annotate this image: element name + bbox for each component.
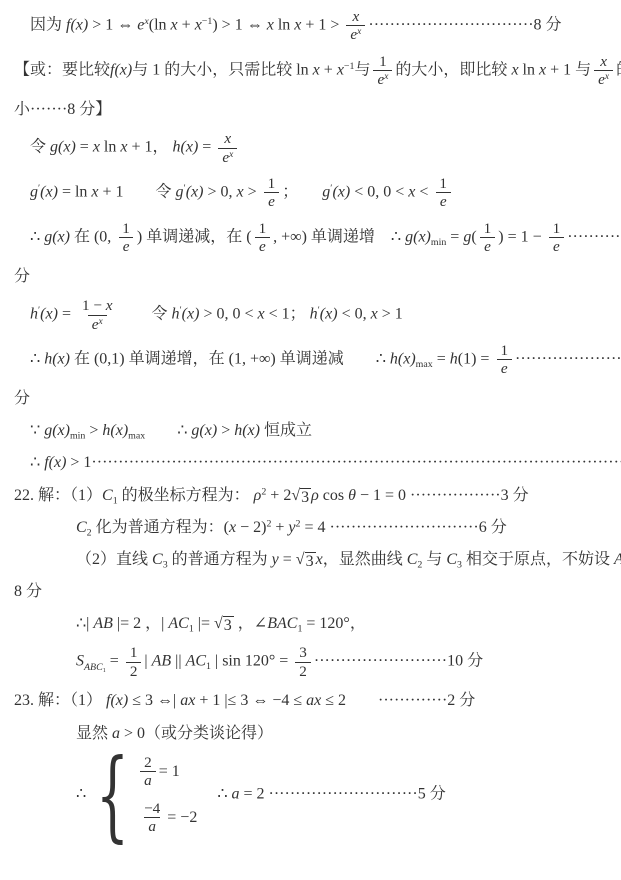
- sqrt-expression: √3: [214, 616, 234, 635]
- text-run: =: [446, 229, 463, 246]
- text-run: > 1: [66, 454, 91, 471]
- text-run: 因为: [30, 17, 66, 34]
- math-fraction: 1e: [255, 220, 271, 256]
- text-run: + 1，: [127, 139, 172, 156]
- subscript: max: [416, 359, 433, 370]
- text-run: =: [198, 139, 215, 156]
- text-run: max: [416, 359, 433, 370]
- math-run: ax: [306, 692, 321, 709]
- superscript: −1: [202, 16, 213, 27]
- math-run: AC: [168, 615, 188, 632]
- text-run: + 2: [266, 487, 291, 504]
- document-line: ∴ {2a = 1−4a = −2 ∴ a = 2 ··············…: [76, 754, 615, 836]
- math-run: x: [267, 17, 274, 34]
- text-run: ∴: [145, 422, 191, 439]
- text-run: <: [415, 184, 432, 201]
- math-run: x: [229, 149, 233, 159]
- radical-sign-icon: √: [291, 488, 300, 507]
- text-run: 1: [379, 53, 387, 70]
- document-line: ∴ g(x) 在 (0, 1e) 单调递减，在 (1e, +∞) 单调递增 ∴ …: [30, 220, 615, 256]
- text-run: +: [271, 519, 288, 536]
- math-run: AB: [93, 615, 113, 632]
- document-line: ∴ h(x) 在 (0,1) 单调递增，在 (1, +∞) 单调递减 ∴ h(x…: [30, 342, 615, 378]
- text-run: > 1 ⇔: [88, 17, 137, 34]
- equation-system: {2a = 1−4a = −2: [94, 754, 197, 836]
- text-run: =: [106, 653, 123, 670]
- document-line: 【或：要比较f(x)与 1 的大小，只需比较 ln x + x−1与1ex的大小…: [14, 53, 615, 89]
- text-run: 的大小，即比较: [395, 62, 511, 79]
- text-run: | sin 120° =: [211, 653, 292, 670]
- fraction-numerator: 1: [435, 175, 451, 192]
- text-run: ∴: [76, 785, 90, 802]
- document-line: 小·······8 分】: [14, 98, 615, 121]
- text-run: +: [178, 17, 195, 34]
- math-run: g: [30, 184, 38, 201]
- math-run: (x): [186, 184, 204, 201]
- radicand: 3: [223, 616, 234, 635]
- math-run: e: [553, 238, 560, 255]
- math-run: x: [91, 184, 98, 201]
- text-run: = 4 ····························6 分: [300, 519, 506, 536]
- text-run: 化为普通方程为：(: [92, 519, 229, 536]
- fraction-numerator: x: [220, 130, 235, 147]
- text-run: 相交于原点，不妨设: [462, 551, 614, 568]
- fraction-numerator: 1: [496, 342, 512, 359]
- math-run: AC: [186, 653, 206, 670]
- text-run: ln: [100, 139, 120, 156]
- text-run: ·························10 分: [314, 653, 483, 670]
- math-run: ax: [180, 692, 195, 709]
- text-run: min: [70, 431, 85, 442]
- text-run: >: [244, 184, 261, 201]
- fraction-numerator: 2: [140, 754, 156, 771]
- superscript: x: [229, 149, 233, 159]
- math-run: x: [353, 8, 360, 25]
- text-run: ，∠: [234, 615, 267, 632]
- math-run: g: [176, 184, 184, 201]
- fraction-numerator: 1: [480, 220, 496, 237]
- text-run: − 2): [236, 519, 266, 536]
- math-run: h(x): [102, 422, 128, 439]
- math-run: C: [152, 551, 163, 568]
- fraction-numerator: 1: [375, 53, 391, 70]
- document-line: g′(x) = ln x + 1 令 g′(x) > 0, x > 1e； g′…: [30, 175, 615, 211]
- text-run: |: [144, 653, 151, 670]
- math-run: h(x): [173, 139, 199, 156]
- radicand: 3: [305, 552, 316, 571]
- text-run: ∴|: [76, 615, 93, 632]
- math-run: (x): [320, 306, 338, 323]
- math-fraction: 1e: [435, 175, 451, 211]
- system-row: 2a = 1: [137, 754, 197, 790]
- math-run: e: [440, 193, 447, 210]
- document-page: 因为 f(x) > 1 ⇔ ex(ln x + x−1) > 1 ⇔ x ln …: [0, 0, 621, 880]
- math-run: x: [171, 17, 178, 34]
- math-run: x: [384, 72, 388, 82]
- text-run: 1: [500, 342, 508, 359]
- fraction-numerator: x: [596, 53, 611, 70]
- fraction-numerator: 1: [549, 220, 565, 237]
- math-run: e: [268, 193, 275, 210]
- text-run: 在 (0,: [70, 229, 115, 246]
- document-line: （2）直线 C3 的普通方程为 y = √3x，显然曲线 C2 与 C3 相交于…: [76, 548, 615, 571]
- math-run: x: [337, 62, 344, 79]
- text-run: 令: [30, 139, 50, 156]
- text-run: ≤ 2 ·············2 分: [321, 692, 475, 709]
- document-line: 分: [14, 387, 615, 410]
- fraction-denominator: e: [255, 237, 270, 255]
- document-line: ∴ f(x) > 1······························…: [30, 451, 615, 474]
- math-run: x: [237, 184, 244, 201]
- fraction-numerator: 1: [264, 175, 280, 192]
- text-run: 令: [119, 306, 171, 323]
- text-run: −1: [344, 61, 355, 72]
- document-line: 22. 解：（1）C1 的极坐标方程为： ρ2 + 2√3ρ cos θ − 1…: [14, 484, 615, 507]
- math-run: e: [92, 316, 99, 333]
- document-line: 23. 解：（1） f(x) ≤ 3 ⇔| ax + 1 |≤ 3 ⇔ −4 ≤…: [14, 689, 615, 712]
- fraction-numerator: 1: [126, 644, 142, 661]
- math-run: AB: [152, 653, 172, 670]
- fraction-numerator: 3: [295, 644, 311, 661]
- math-run: g(x): [44, 422, 70, 439]
- text-run: 在 (0,1) 单调递增，在 (1, +∞) 单调递减 ∴: [70, 351, 390, 368]
- math-run: A: [614, 551, 621, 568]
- math-run: x: [106, 297, 113, 314]
- math-run: g(x): [44, 229, 70, 246]
- text-run: ) = 1 −: [498, 229, 545, 246]
- fraction-denominator: e: [436, 192, 451, 210]
- document-line: C2 化为普通方程为：(x − 2)2 + y2 = 4 ···········…: [76, 516, 615, 539]
- subscript: max: [128, 431, 145, 442]
- text-run: 1: [484, 220, 492, 237]
- math-run: a: [148, 818, 156, 835]
- fraction-numerator: −4: [140, 800, 164, 817]
- system-rows: 2a = 1−4a = −2: [137, 754, 197, 836]
- text-run: =: [58, 306, 75, 323]
- math-run: e: [123, 238, 130, 255]
- document-line: ∴| AB |= 2 ，| AC1 |= √3 ，∠BAC1 = 120°，: [76, 612, 615, 635]
- text-run: (: [471, 229, 476, 246]
- text-run: −1: [202, 16, 213, 27]
- text-run: ；: [282, 184, 322, 201]
- math-run: y: [288, 519, 295, 536]
- document-line: 8 分: [14, 580, 615, 603]
- subscript: min: [70, 431, 85, 442]
- text-run: 2: [144, 754, 152, 771]
- fraction-numerator: 1: [118, 220, 134, 237]
- text-run: ln: [519, 62, 539, 79]
- math-run: ABC: [84, 662, 103, 673]
- text-run: ······················11: [515, 351, 621, 368]
- math-run: BAC: [267, 615, 297, 632]
- system-row: −4a = −2: [137, 800, 197, 836]
- math-run: x: [313, 62, 320, 79]
- text-run: = 2 ····························5 分: [240, 785, 446, 802]
- text-run: 与: [354, 62, 370, 79]
- text-run: < 1；: [265, 306, 310, 323]
- fraction-denominator: a: [144, 817, 160, 835]
- text-run: ····················9: [567, 229, 621, 246]
- document-line: 令 g(x) = x ln x + 1， h(x) = xex: [30, 130, 615, 166]
- fraction-denominator: e: [480, 237, 495, 255]
- text-run: + 1 |≤ 3 ⇔ −4 ≤: [195, 692, 306, 709]
- text-run: 分: [14, 268, 30, 285]
- math-run: a: [232, 785, 240, 802]
- math-fraction: 1ex: [373, 53, 392, 89]
- math-run: x: [600, 53, 607, 70]
- text-run: ∵: [30, 422, 44, 439]
- text-run: >: [217, 422, 234, 439]
- fraction-denominator: ex: [594, 70, 613, 88]
- math-run: x: [195, 17, 202, 34]
- text-run: ，显然曲线: [323, 551, 407, 568]
- text-run: >: [85, 422, 102, 439]
- math-run: x: [93, 139, 100, 156]
- superscript: −1: [344, 61, 355, 72]
- text-run: 的极坐标方程为：: [118, 487, 254, 504]
- math-run: (x): [182, 306, 200, 323]
- text-run: 3: [224, 617, 232, 634]
- math-run: g(x): [405, 229, 431, 246]
- document-line: 分: [14, 265, 615, 288]
- text-run: min: [431, 237, 446, 248]
- text-run: ∴: [30, 454, 44, 471]
- fraction-denominator: e: [497, 359, 512, 377]
- math-run: x: [99, 316, 103, 326]
- text-run: 与: [422, 551, 446, 568]
- text-run: 恒成立: [260, 422, 312, 439]
- math-run: x: [224, 130, 231, 147]
- math-run: C: [407, 551, 418, 568]
- text-run: + 1 与: [546, 62, 591, 79]
- math-run: e: [484, 238, 491, 255]
- math-run: x: [605, 72, 609, 82]
- text-run: ln: [274, 17, 294, 34]
- text-run: 分: [14, 390, 30, 407]
- subscript: ABC1: [84, 662, 106, 673]
- math-run: y: [272, 551, 279, 568]
- math-run: h(x): [390, 351, 416, 368]
- fraction-denominator: ex: [88, 315, 107, 333]
- text-run: ∴: [30, 351, 44, 368]
- math-run: e: [501, 360, 508, 377]
- radical-sign-icon: √: [296, 552, 305, 571]
- fraction-denominator: ex: [373, 70, 392, 88]
- text-run: 1: [553, 220, 561, 237]
- math-run: C: [446, 551, 457, 568]
- math-run: h: [310, 306, 318, 323]
- text-run: |= 2 ，|: [113, 615, 168, 632]
- document-line: SABC1 = 12| AB || AC1 | sin 120° = 32···…: [76, 644, 615, 680]
- text-run: 23. 解：（1）: [14, 692, 106, 709]
- text-run: 与 1 的大小，只需比较 ln: [132, 62, 312, 79]
- sqrt-expression: √3: [291, 488, 311, 507]
- math-run: x: [257, 306, 264, 323]
- text-run: +: [320, 62, 337, 79]
- text-run: 3: [306, 553, 314, 570]
- document-line: h′(x) = 1 − xex 令 h′(x) > 0, 0 < x < 1； …: [30, 297, 615, 333]
- math-run: x: [371, 306, 378, 323]
- text-run: 8 分: [14, 583, 42, 600]
- fraction-denominator: e: [119, 237, 134, 255]
- text-run: 的大: [616, 62, 621, 79]
- text-run: = ln: [58, 184, 91, 201]
- math-run: g(x): [50, 139, 76, 156]
- math-run: C: [102, 487, 113, 504]
- math-fraction: 32: [295, 644, 311, 680]
- superscript: x: [605, 72, 609, 82]
- text-run: + 1 >: [301, 17, 343, 34]
- math-run: x: [357, 27, 361, 37]
- text-run: (ln: [149, 17, 171, 34]
- text-run: 1: [130, 644, 138, 661]
- math-fraction: 1e: [496, 342, 512, 378]
- text-run: = 120°，: [302, 615, 365, 632]
- math-fraction: 1e: [549, 220, 565, 256]
- math-run: (x): [332, 184, 350, 201]
- text-run: − 1 = 0 ·················3 分: [356, 487, 529, 504]
- superscript: x: [384, 72, 388, 82]
- math-fraction: 1e: [480, 220, 496, 256]
- text-run: 【或：要比较: [14, 62, 110, 79]
- math-fraction: xex: [594, 53, 613, 89]
- math-run: x: [316, 551, 323, 568]
- text-run: ∴: [201, 785, 231, 802]
- text-run: ) > 1 ⇔: [212, 17, 266, 34]
- fraction-denominator: 2: [295, 662, 311, 680]
- text-run: ||: [171, 653, 185, 670]
- text-run: （2）直线: [76, 551, 152, 568]
- math-fraction: xex: [346, 8, 365, 44]
- radical-sign-icon: √: [214, 616, 223, 635]
- text-run: ·······························8 分: [368, 17, 561, 34]
- text-run: > 0,: [203, 184, 236, 201]
- math-run: h: [30, 306, 38, 323]
- text-run: ∴: [30, 229, 44, 246]
- subscript: min: [431, 237, 446, 248]
- brace-icon: {: [96, 750, 129, 839]
- document-line: 因为 f(x) > 1 ⇔ ex(ln x + x−1) > 1 ⇔ x ln …: [30, 8, 615, 44]
- sqrt-expression: √3: [296, 552, 316, 571]
- superscript: x: [357, 27, 361, 37]
- document-line: 显然 a > 0（或分类谈论得）: [76, 722, 615, 745]
- text-run: < 0, 0 <: [350, 184, 408, 201]
- text-run: 1: [122, 220, 130, 237]
- text-run: max: [128, 431, 145, 442]
- text-run: =: [433, 351, 450, 368]
- math-run: (x): [40, 306, 58, 323]
- fraction-denominator: ex: [218, 148, 237, 166]
- math-run: (x): [40, 184, 58, 201]
- fraction-numerator: 1: [255, 220, 271, 237]
- fraction-denominator: e: [264, 192, 279, 210]
- fraction-denominator: ex: [346, 25, 365, 43]
- text-run: ≤ 3 ⇔|: [128, 692, 180, 709]
- text-run: (1) =: [458, 351, 494, 368]
- text-run: 22. 解：（1）: [14, 487, 102, 504]
- math-run: S: [76, 653, 84, 670]
- math-run: g(x): [191, 422, 217, 439]
- text-run: 2: [130, 663, 138, 680]
- radicand: 3: [300, 488, 311, 507]
- math-fraction: xex: [218, 130, 237, 166]
- text-run: 的普通方程为: [168, 551, 272, 568]
- text-run: = −2: [167, 806, 197, 829]
- fraction-numerator: 1 − x: [78, 297, 117, 314]
- math-run: f(x): [110, 62, 132, 79]
- math-run: h(x): [44, 351, 70, 368]
- text-run: 1 −: [82, 297, 106, 314]
- text-run: 1: [259, 220, 267, 237]
- text-run: 小·······8 分】: [14, 101, 111, 118]
- math-fraction: 1e: [264, 175, 280, 211]
- text-run: > 1: [378, 306, 403, 323]
- text-run: > 0, 0 <: [199, 306, 257, 323]
- fraction-denominator: e: [549, 237, 564, 255]
- text-run: 1: [268, 175, 276, 192]
- text-run: 3: [301, 489, 309, 506]
- math-run: h: [172, 306, 180, 323]
- math-run: f(x): [44, 454, 66, 471]
- fraction-numerator: x: [349, 8, 364, 25]
- text-run: |=: [194, 615, 214, 632]
- text-run: 2: [299, 663, 307, 680]
- text-run: ········································…: [91, 454, 621, 471]
- fraction-denominator: 2: [126, 662, 142, 680]
- text-run: 3: [299, 644, 307, 661]
- math-run: C: [76, 519, 87, 536]
- math-run: θ: [348, 487, 356, 504]
- math-run: f(x): [66, 17, 88, 34]
- superscript: x: [99, 316, 103, 326]
- math-fraction: 12: [126, 644, 142, 680]
- math-run: f(x): [106, 692, 128, 709]
- math-run: h: [450, 351, 458, 368]
- text-run: =: [279, 551, 296, 568]
- text-run: + 1 令: [99, 184, 176, 201]
- text-run: = 1: [159, 760, 180, 783]
- math-run: x: [511, 62, 518, 79]
- math-run: x: [229, 519, 236, 536]
- text-run: 1: [439, 175, 447, 192]
- math-run: ρ: [311, 487, 319, 504]
- text-run: , +∞) 单调递增 ∴: [273, 229, 405, 246]
- math-fraction: −4a: [140, 800, 164, 836]
- math-run: e: [598, 71, 605, 88]
- math-fraction: 2a: [140, 754, 156, 790]
- math-run: h(x): [234, 422, 260, 439]
- math-fraction: 1e: [118, 220, 134, 256]
- text-run: ) 单调递减，在 (: [137, 229, 252, 246]
- math-fraction: 1 − xex: [78, 297, 117, 333]
- text-run: =: [76, 139, 93, 156]
- text-run: > 0（或分类谈论得）: [120, 725, 273, 742]
- math-run: a: [144, 772, 152, 789]
- text-run: < 0,: [338, 306, 371, 323]
- fraction-denominator: a: [140, 771, 156, 789]
- text-run: −4: [144, 800, 160, 817]
- document-content: 因为 f(x) > 1 ⇔ ex(ln x + x−1) > 1 ⇔ x ln …: [14, 8, 615, 836]
- document-line: ∵ g(x)min > h(x)max ∴ g(x) > h(x) 恒成立: [30, 419, 615, 442]
- math-run: e: [259, 238, 266, 255]
- text-run: cos: [319, 487, 348, 504]
